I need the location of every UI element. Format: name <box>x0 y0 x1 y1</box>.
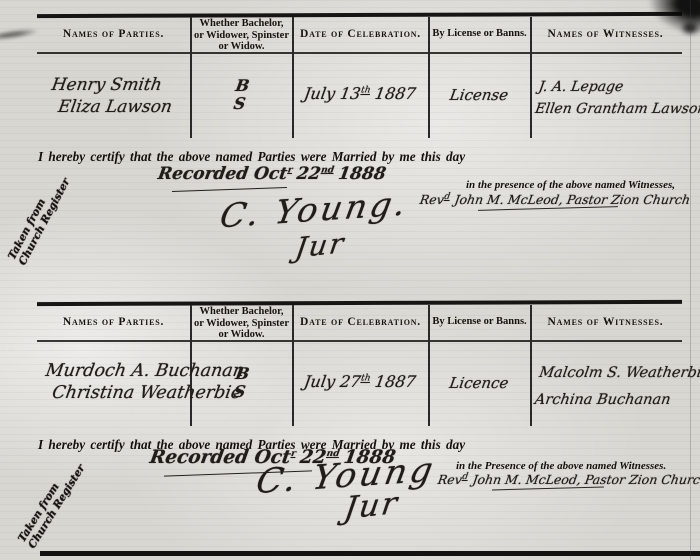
witness-names: Malcolm S. Weatherbie Archina Buchanan <box>533 360 700 414</box>
column-header-condition: Whether Bachelor, or Widower, Spinster o… <box>191 18 292 53</box>
date-day: July 27 <box>303 372 362 391</box>
column-divider <box>530 17 532 138</box>
recorded-text: Recorded Oct <box>156 164 288 184</box>
party-names: Henry Smith Eliza Lawson <box>47 74 178 118</box>
witness2-name: Ellen Grantham Lawson <box>534 98 700 120</box>
recorded-sup-r: r <box>287 165 293 175</box>
signature-flourish: Jur <box>293 227 347 265</box>
celebration-date: July 27th1887 <box>290 372 429 391</box>
condition-party1: B <box>190 365 295 383</box>
date-year: 1887 <box>374 372 418 391</box>
condition-values: B S <box>187 77 295 113</box>
officiant-note: RevdJohn M. McLeod, Pastor Zion Church <box>419 192 692 207</box>
date-ordinal: th <box>360 86 371 96</box>
column-divider <box>428 305 430 426</box>
date-ordinal: th <box>360 374 371 384</box>
officiant-note: RevdJohn M. McLeod, Pastor Zion Church <box>437 472 700 487</box>
party1-name: Henry Smith <box>50 75 163 95</box>
margin-annotation: Taken from Church Register <box>6 171 73 268</box>
condition-party2: S <box>187 95 292 113</box>
condition-party2: S <box>187 383 292 401</box>
presence-statement: in the presence of the above named Witne… <box>466 179 675 191</box>
date-day: July 13 <box>303 84 362 103</box>
header-underline <box>37 340 682 342</box>
column-header-condition: Whether Bachelor, or Widower, Spinster o… <box>191 306 292 341</box>
register-page: Names of Parties. Whether Bachelor, or W… <box>0 0 700 560</box>
condition-values: B S <box>187 365 295 401</box>
officiant-rev: Rev <box>419 192 445 207</box>
margin-annotation: Taken from Church Register <box>16 456 88 551</box>
page-bottom-rule <box>40 551 700 556</box>
recorded-underline-flourish <box>172 187 287 192</box>
table-top-rule <box>37 12 682 18</box>
condition-party1: B <box>190 77 295 95</box>
witness1-name: J. A. Lepage <box>537 76 700 98</box>
column-header-parties: Names of Parties. <box>37 316 190 328</box>
column-divider <box>428 17 430 138</box>
date-year: 1887 <box>374 84 418 103</box>
recorded-ordinal: nd <box>320 165 334 175</box>
officiant-sup-d: d <box>443 192 450 202</box>
marriage-record-2: Names of Parties. Whether Bachelor, or W… <box>0 288 700 560</box>
column-header-license: By License or Banns. <box>429 28 530 39</box>
table-top-rule <box>37 300 682 306</box>
witness2-name: Archina Buchanan <box>533 387 700 414</box>
officiant-name: John M. McLeod, Pastor Zion Church <box>453 192 691 207</box>
signature-flourish: Jur <box>342 485 401 526</box>
officiant-rev: Rev <box>437 472 463 487</box>
header-underline <box>37 52 682 54</box>
column-header-parties: Names of Parties. <box>37 28 190 40</box>
scan-edge-line <box>690 0 691 560</box>
officiant-name: John M. McLeod, Pastor Zion Church <box>471 472 700 487</box>
column-divider <box>530 305 532 426</box>
witness1-name: Malcolm S. Weatherbie <box>537 360 700 387</box>
marriage-record-1: Names of Parties. Whether Bachelor, or W… <box>0 0 700 275</box>
recorded-sup-r: r <box>290 449 296 459</box>
column-divider <box>190 17 192 138</box>
presence-statement: in the Presence of the above named Witne… <box>456 460 666 472</box>
recorded-day: 22 <box>295 164 322 184</box>
column-header-witnesses: Names of Witnesses. <box>531 316 680 328</box>
recorded-year: 1888 <box>337 164 387 184</box>
registrar-signature: C. Young. <box>217 184 412 236</box>
column-header-date: Date of Celebration. <box>293 316 428 328</box>
party2-name: Eliza Lawson <box>47 96 174 118</box>
column-header-license: By License or Banns. <box>429 316 530 327</box>
column-header-witnesses: Names of Witnesses. <box>531 28 680 40</box>
recorded-note: Recorded Octr22nd1888 <box>156 164 387 184</box>
license-or-banns-value: Licence <box>427 374 532 392</box>
celebration-date: July 13th1887 <box>290 84 429 103</box>
witness-names: J. A. Lepage Ellen Grantham Lawson <box>534 76 700 120</box>
column-header-date: Date of Celebration. <box>293 28 428 40</box>
license-or-banns-value: License <box>427 86 532 104</box>
officiant-sup-d: d <box>461 472 468 482</box>
certification-statement: I hereby certify that the above named Pa… <box>38 149 465 165</box>
